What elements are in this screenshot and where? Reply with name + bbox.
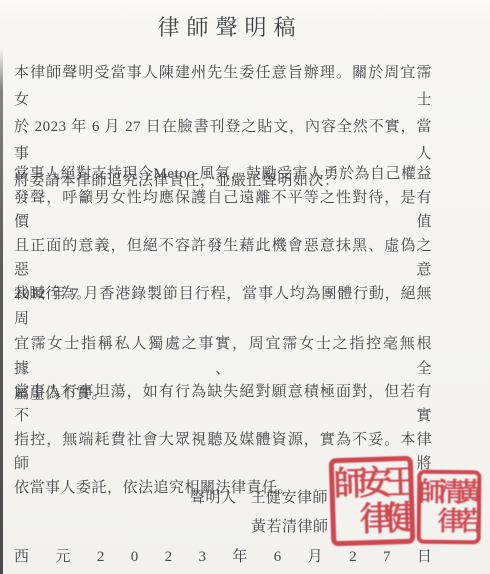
signature-row-2: 黃若清律師 bbox=[251, 513, 329, 542]
paragraph-3-line-2: 宜霈女士指稱私人獨處之事實，周宜霈女士之指控毫無根據、全 bbox=[14, 332, 432, 382]
date-token-day-digit-1: 2 bbox=[349, 548, 357, 566]
lawyer-seal-wang: 王健安律師 bbox=[329, 456, 416, 547]
paragraph-2-line-3: 且正面的意義，但絕不容許發生藉此機會惡意抹黑、虛偽之惡意 bbox=[14, 234, 432, 282]
date-line: 西 元 2 0 2 3 年 6 月 2 7 日 bbox=[14, 548, 432, 566]
statement-document: 律師聲明稿 本律師聲明受當事人陳建州先生委任意旨辦理。關於周宜霈女士 於 202… bbox=[0, 0, 490, 574]
declarant-label: 聲明人 bbox=[190, 484, 237, 513]
paragraph-4-line-1: 當事人行事坦蕩，如有行為缺失絕對願意積極面對，但若有不實 bbox=[14, 380, 432, 428]
paragraph-2-line-1: 當事人絕對支持現今Metoo 風氣，鼓勵受害人勇於為自己權益 bbox=[14, 162, 432, 186]
date-token-year-digit-1: 2 bbox=[97, 548, 105, 566]
date-token-month-digit: 6 bbox=[274, 548, 282, 566]
signature-row-1: 聲明人 王健安律師 bbox=[190, 484, 329, 513]
date-token-year-digit-3: 2 bbox=[165, 548, 173, 566]
paragraph-1-line-1: 本律師聲明受當事人陳建州先生委任意旨辦理。關於周宜霈女士 bbox=[14, 60, 432, 114]
date-token-year-label: 年 bbox=[232, 548, 247, 566]
date-token-day-digit-2: 7 bbox=[383, 548, 391, 566]
seal-text-wang: 王健安律師 bbox=[333, 464, 410, 538]
lawyer-seal-huang: 黃若清律師 bbox=[417, 470, 482, 545]
signature-block: 聲明人 王健安律師 黃若清律師 bbox=[190, 484, 329, 542]
date-token-era-2: 元 bbox=[55, 548, 70, 566]
scan-edge-artifact bbox=[0, 48, 3, 574]
paragraph-2-line-2: 發聲，呼籲男女性均應保護自己遠離不平等之性對待，是有價值 bbox=[14, 186, 432, 234]
date-token-day-label: 日 bbox=[417, 548, 432, 566]
lawyer-name-1: 王健安律師 bbox=[251, 484, 329, 513]
paragraph-3-line-1: 2012 年 7 月香港錄製節目行程，當事人均為團體行動，絕無周 bbox=[14, 282, 432, 332]
lawyer-name-2: 黃若清律師 bbox=[251, 513, 329, 542]
document-title: 律師聲明稿 bbox=[20, 13, 440, 43]
date-token-year-digit-4: 3 bbox=[198, 548, 206, 566]
date-token-era-1: 西 bbox=[14, 548, 29, 566]
paragraph-1-line-2: 於 2023 年 6 月 27 日在臉書刊登之貼文，內容全然不實，當事人 bbox=[14, 114, 432, 168]
date-token-month-label: 月 bbox=[308, 548, 323, 566]
date-token-year-digit-2: 0 bbox=[131, 548, 139, 566]
seal-text-huang: 黃若清律師 bbox=[420, 478, 478, 537]
